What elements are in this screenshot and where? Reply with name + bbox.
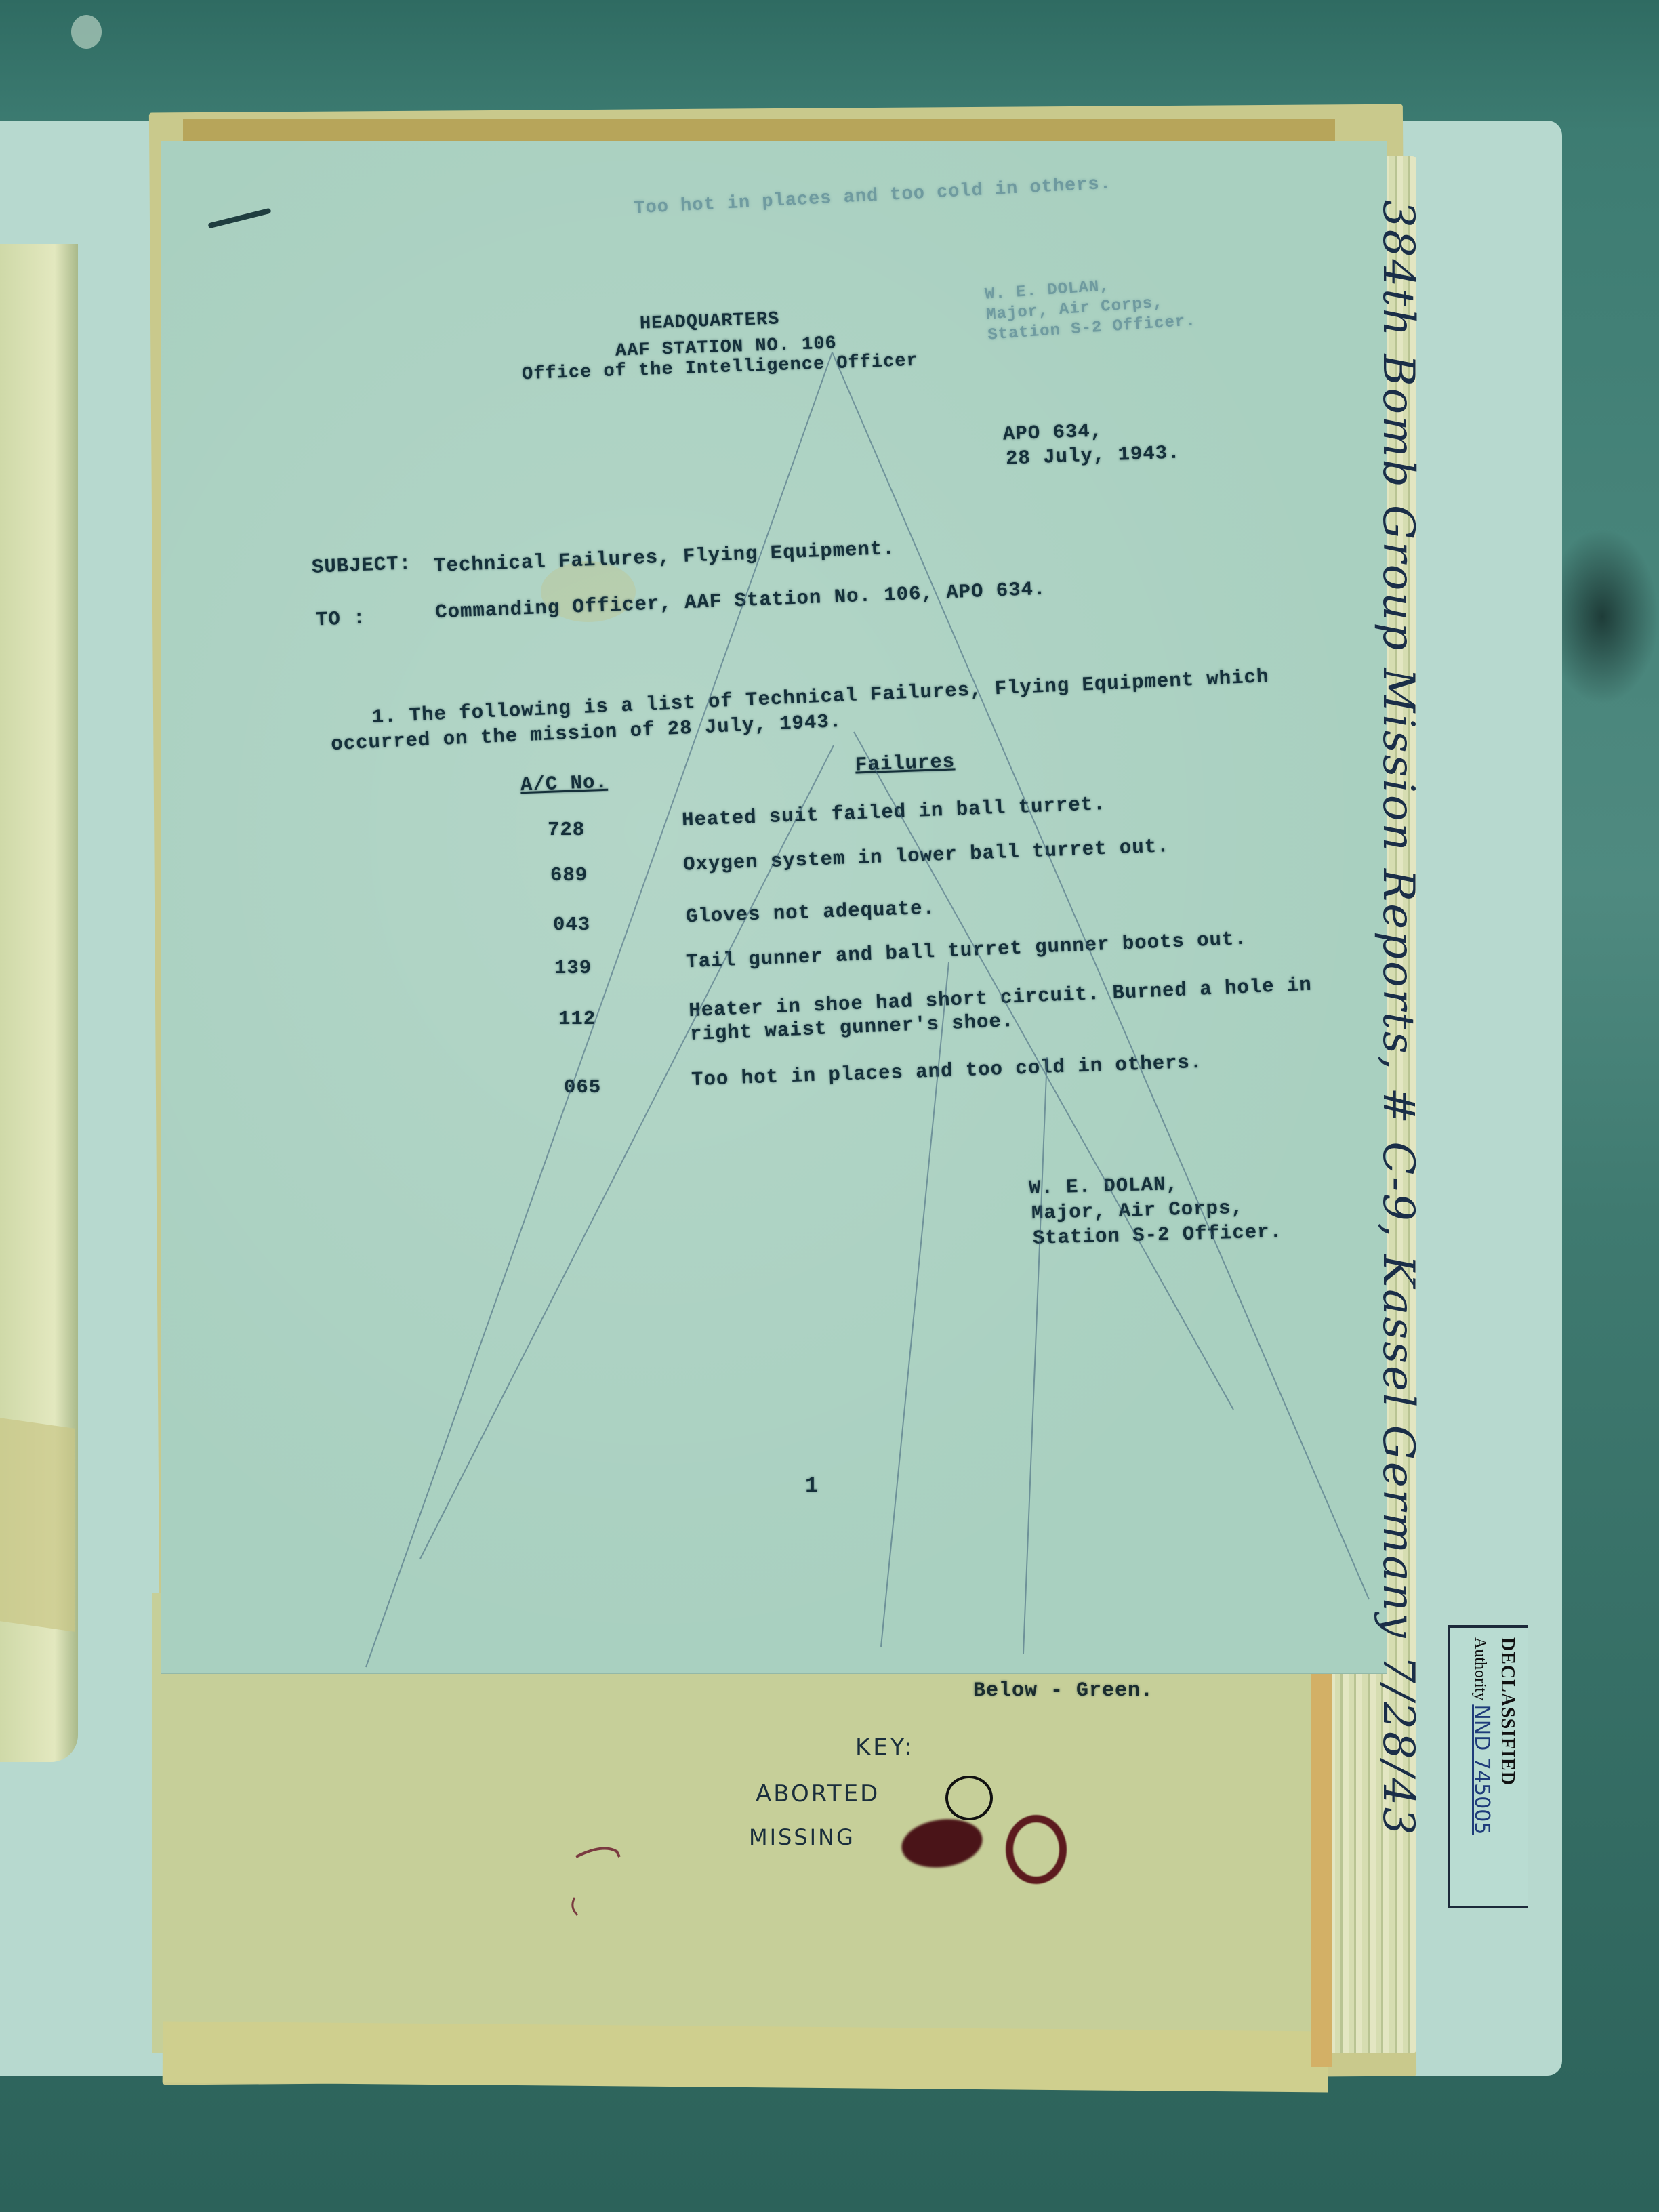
key-title: KEY: xyxy=(855,1734,915,1761)
to-label: TO : xyxy=(315,607,366,632)
declassified-stamp: DECLASSIFIED Authority NND 745005 xyxy=(1448,1625,1528,1908)
signature-name: W. E. DOLAN, xyxy=(1029,1173,1179,1200)
table-row-ac: 728 xyxy=(548,819,585,841)
page-number: 1 xyxy=(805,1473,819,1498)
table-row-ac: 689 xyxy=(550,864,588,886)
table-row-ac: 065 xyxy=(564,1076,601,1099)
underlying-sheet-bottom xyxy=(163,2021,1329,2092)
stamp-authority-number: NND 745005 xyxy=(1470,1704,1494,1835)
table-row-ac: 139 xyxy=(554,957,592,979)
table-header-ac-no: A/C No. xyxy=(520,771,608,796)
aborted-circle-icon xyxy=(945,1776,993,1820)
key-label-missing: MISSING xyxy=(749,1824,855,1850)
key-label-aborted: ABORTED xyxy=(756,1780,880,1807)
folder-label: 384th Bomb Group Mission Reports, # C-9,… xyxy=(1373,200,1423,1837)
stamp-title: DECLASSIFIED xyxy=(1496,1637,1518,1835)
background-shadow xyxy=(1545,529,1659,705)
paper-edge xyxy=(1311,1674,1332,2067)
table-row-ac: 043 xyxy=(553,914,590,936)
subject-label: SUBJECT: xyxy=(311,552,411,579)
adjacent-document-edge xyxy=(0,1418,75,1631)
under-sheet-text: Below - Green. xyxy=(973,1679,1153,1702)
stamp-authority-label: Authority xyxy=(1471,1637,1489,1700)
table-header-failures: Failures xyxy=(855,750,955,776)
missing-open-circle-icon xyxy=(1006,1815,1067,1884)
apo-line: APO 634, xyxy=(1002,419,1103,445)
table-hole xyxy=(71,15,102,49)
table-row-ac: 112 xyxy=(558,1008,596,1030)
